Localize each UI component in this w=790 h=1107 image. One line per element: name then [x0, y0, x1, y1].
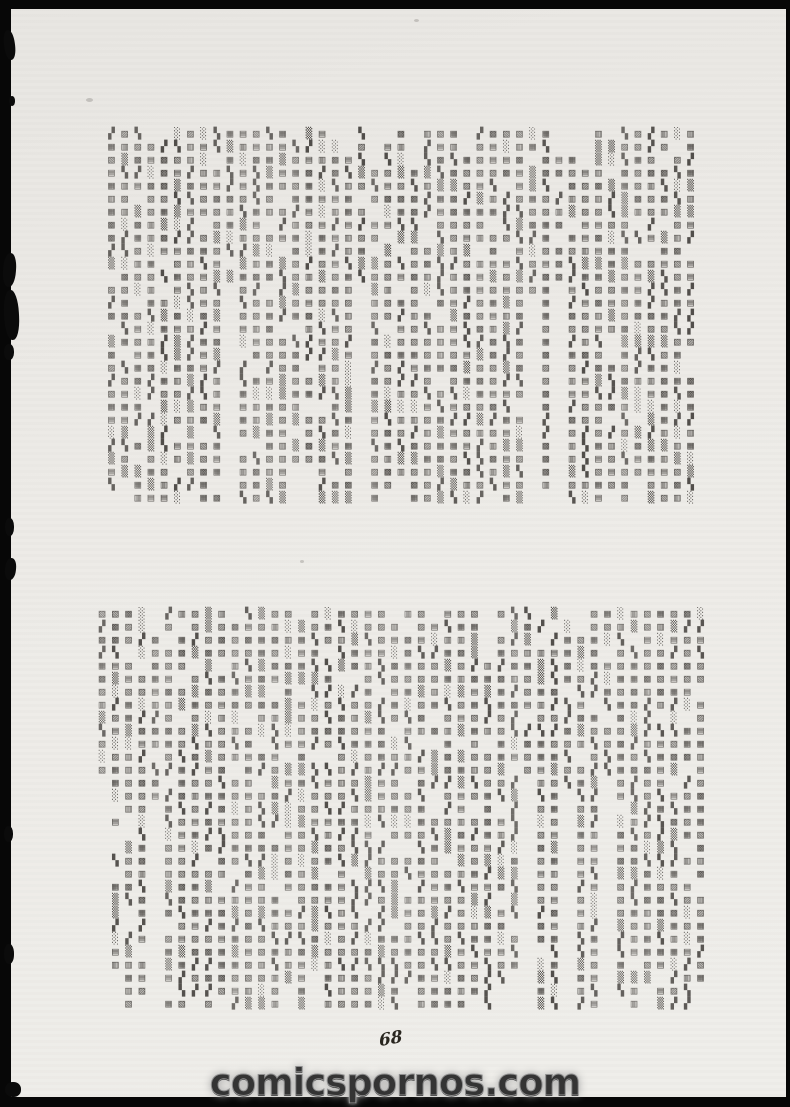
- text-column: ░ ▩ ▩ ▚ ▤ ▥ ▞ ▤ ▞ ▤ ▧ ▩ ▧ ▚ ▤ ▧ ▒ ▨ ▥ ▚ …: [329, 127, 342, 504]
- text-column: ░ ▦ ▦ ▩ ▦ ▚ ▞ ▩ ▨ ▚ ▧ ▚: [561, 607, 574, 789]
- text-column: ▤ ░ ▞ ▧ ▨ ▥ ▦ ▩ ▒ ▒ ▞ ▧ ▚ ▦ ▥ ▧ ▤ ▤ ▒ ▞ …: [428, 607, 441, 1010]
- text-column: ▚ ▨ ▩ ▞ ▤ ▒ ▩ ▦ ▧ ▥ ▨ ░ ▧ ▤ ▧ ▤ ▦ ▩ ░ ▦ …: [131, 127, 144, 504]
- text-column: ▥ ▦ ▒ ▚ ▞ ▥ ▨ ▨ ▨ ▦ ▩ ▩ ▦ ▤ ▒ ▞ ▤ ▞ ▒ ▩ …: [481, 607, 494, 1010]
- paper-speck: [86, 98, 93, 102]
- text-column: ▥ ▦ ▞ ▦ ▒ ▥ ▒ ▤ ▞ ▤ ▤ ▞ ▤ ▞ ▞ ▨ ▩ ▩ ▦ ▞ …: [684, 127, 697, 504]
- text-column: ▒ ▒ ▨ ▩ ▒ ▚ ▩ ▧ ░ ▚ ▥ ▒ ▤ ▧ ▦ ▞ ▩ ▞ ▩ ▨ …: [202, 607, 215, 1010]
- scan-ink-blob: [4, 944, 14, 964]
- text-column: ▒ ▞ ▤ ▩ ▦ ▦ ▤ ▨ ░ ░ ▞ ▥ ▧ ▤ ▩ ▥ ▞ ▞ ▧ ▦ …: [302, 127, 315, 465]
- text-column: ░ ▦ ▨ ▚ ▦ ▞ ▨ ▚ ▩ ▧ ▚ ▤ ▧ ▚ ▤ ▥ ▩ ▦ ▦ ▤ …: [322, 607, 335, 1010]
- text-column: ▥ ▧ ▩ ▚ ▩ ▥ ▒ ▦ ▤ ▚ ▚ ▥ ▦ ▧ ▒ ▧ ▦ ▩ ▩ ▦ …: [658, 127, 671, 504]
- text-column: ▧ ▤ ▩ ▚ ▚ ▚ ▦ ▤ ▨ ▒ ▥ ▩ ▞ ▨ ▧ ▥ ▤ ▩ ▦ ░ …: [250, 127, 263, 504]
- text-column: ▨ ▥ ▒ ▚ ▥ ▨ ▥ ░ ▞ ▚ ░ ▩ ▧ ▦ ▩ ▚ ▦ ▚ ▧ ▤ …: [118, 127, 131, 478]
- scan-ink-blob: [5, 518, 14, 536]
- text-column: ▨ ▧ ▦ ▞ ▩ ▦ ▦ ▨ ▨ ▦ ▦ ▒ ▧ ▚ ▤ ▥ ▞ ░ ▒ ▩ …: [495, 607, 508, 984]
- text-column: ▧ ▨ ▧ ▤ ▚ ▚ ▞ ▚ ▩ ▩ ▦ ▞ ▤ ▤ ▥ ▚ ▞ ▥ ▧ ▚ …: [375, 607, 388, 1010]
- text-column: ▤ ░ ▥ ▞ ░ ▤ ░ ▤ ▦ ▦ ▨ ▒ ▧ ▨ ░ ▚ ▤ ▞ ▤ ▒ …: [316, 127, 329, 504]
- text-column: ▧ ▨ ▤ ▚ ▨ ▨ ▒ ▨ ▩ ▥ ▞ ▤ ▩ ▚ ▦ ▦ ▧ ▚ ▩ ▤ …: [415, 607, 428, 1010]
- text-column: ▥ ▩ ▩ ▦ ▨ ▦ ░ ▚ ▤ ▚ ▥ ▨ ▧ ▧ ░ ▨ ▨ ▚ ▥ ▤ …: [401, 607, 414, 984]
- text-block-upper: ▥ ▦ ▞ ▦ ▒ ▥ ▒ ▤ ▞ ▤ ▤ ▞ ▤ ▞ ▞ ▨ ▩ ▩ ▦ ▞ …: [105, 127, 697, 505]
- watermark-text: comicspornos.com: [0, 1061, 790, 1104]
- text-column: ▤ ▥ ░ ▤ ▤ ▨ ▚ ▒ ▥ ▞ ▒ ▦ ▨ ▚ ▨ ▤ ░ ▞ ▚ ▦ …: [237, 127, 250, 504]
- text-column: ▤ ▚ ▥ ▦ ▒ ▦ ░ ▚ ▨ ▥ ▦ ▩ ▩ ▞ ▧ ▞ ▧ ▒ ▒ ▧ …: [441, 607, 454, 1010]
- text-column: ▚ ▩ ▒ ▥ ▦ ▧ ▧ ▤ ▞ ▩ ▨ ▧: [521, 607, 534, 776]
- text-column: ▤ ▨ ▚ ▤ ▥ ▧ ▦ ▨ ▒ ▤ ▦ ▧ ▥ ▒ ▒ ▧ ░ ▤ ▚ ▞ …: [362, 607, 375, 1010]
- text-column: ▦ ▥ ░ ▨ ▩ ▧ ▩ ▥ ▚ ▤ ▦ ▤ ▤ ▚ ▦ ▚ ▞ ▒ ▚ ░ …: [654, 607, 667, 1010]
- text-column: ▒ ▨ ▦ ▦ ▒ ▩ ▒ ▩ ▥ ░ ▩ ▞ ▥ ▚ ▚ ▩ ▩ ▞ ▒ ▥ …: [255, 607, 268, 1010]
- text-column: ▧ ▧ ▤ ▨ ▨ ▩ ▥ ▞ ▞ ▞ ▥ ▚ ▩ ▧ ▧ ▞ ▞ ▨ ░ ▚ …: [641, 607, 654, 984]
- text-column: ░ ▥ ▚ ▨ ▨ ▦ ▧ ▦ ▩ ▨ ▩ ▦ ▦ ▨ ▤ ░ ▩ ▤ ▩ ▒ …: [614, 607, 627, 997]
- text-column: ▥ ▤ ░ ▩ ▧ ▤ ▦ ▨ ░ ▥ ▞ ▧ ▧ ▦ ░ ▧ ▨ ▧ ▒ ▒ …: [388, 607, 401, 1010]
- text-column: ▚ ▨ ▚ ▩ ▦ ▒ ▒ ▨ ▚ ▦ ▒ ▧ ▦ ▧ ▨ ▩ ▒ ▦ ▨ ▩ …: [618, 127, 631, 504]
- text-column: ▚ ▤ ▩ ▧ ▚ ▤ ▒ ▨ ▧ ▩ ▤ ▦ ▥ ▤ ▥ ▥ ▨ ▦ ▚ ▩ …: [242, 607, 255, 1010]
- text-column: ▞ ▩ ▩ ▩ ▧ ▦ ▒ ▩ ▤ ▚ ▥ ▒ ▦ ▞ ▚ ░ ▦ ▨ ▒ ░ …: [158, 127, 171, 504]
- text-column: ▩ ▧ ▨ ▥ ▚ ▦ ▩ ░ ▥ ▚ ▥ ▨ ▧ ░ ▧ ▧ ▦ ▨ ▞ ▥ …: [229, 607, 242, 1010]
- text-column: ▨ ▥ ▥ ▞ ▩ ▚ ▤ ▞ ▞ ▩ ▥ ▧ ▚ ▚ ░ ▥ ▞ ▞ ▩ ▒ …: [184, 127, 197, 504]
- text-column: ▨ ░ ▥ ░ ▩ ▒ ▦ ▒ ▒ ░ ▤ ▒ ▤ ▞ ░ ░ ▤ ▤ ▨ ▩ …: [282, 607, 295, 984]
- text-column: ▒ ▞ ▤ ▚ ▚ ▩ ▞ ▨ ▞ ▨ ▦ ▒ ▨ ▦ ▦ ▨ ▤ ▒ ▦ ▥ …: [548, 607, 561, 1010]
- text-column: ▤ ▩ ▞ ▥ ▩ ▩ ▩ ▩: [552, 127, 565, 283]
- scanned-page: ▥ ▦ ▞ ▦ ▒ ▥ ▒ ▤ ▞ ▤ ▤ ▞ ▤ ▞ ▞ ▨ ▩ ▩ ▦ ▞ …: [0, 0, 790, 1107]
- text-column: ▦ ▚ ▩ ▩ ▚ ▧ ▨ ▦ ▦ ▨ ▤ ▩ ▦ ▦ ▦ ▧ ▦ ▩ ▨ ▨ …: [539, 127, 552, 504]
- text-column: ▚ ▥ ▦ ▒ ▦ ▧ ▥ ▧ ░ ▦ ▩ ▥ ▦ ▩ ▧ ▨ ▞ ▤ ░ ▦ …: [263, 127, 276, 504]
- text-column: ░ ▚ ▧ ▤ ▒ ▚ ▒ ░ ▞ ▤ ▧ ▦ ▤ ░ ▩ ▤ ▒ ▒ ▦ ▥ …: [171, 127, 184, 504]
- text-column: ▧ ▚ ▨ ▤ ▨ ▒ ▨ ▒ ▥ ▧ ▚ ▩ ▨ ▞ ▩ ▦ ▒ ▤ ▨ ▚ …: [368, 127, 381, 504]
- scan-ink-blob: [4, 344, 14, 360]
- text-column: ▦ ▚ ▩ ▩ ▚ ▒ ▨ ▧ ▩ ▨ ▧ ▥ ▧ ▧ ▦ ▤ ▞ ▨ ░ ▥ …: [408, 127, 421, 504]
- text-column: ▧ ▦ ▥ ▩ ▧ ▥ ▒ ▧ ▤ ▒ ▒ ▦ ▒ ▤ ▤ ▥ ▩ ▤ ▒ ▥ …: [455, 607, 468, 1010]
- text-column: ░ ▨ ▚ ░ ▚ ▒ ▨ ▥ ▩ ▧ ▧ ▦ ▦ ▞ ▚ ▧ ▦ ░ ▦ ▚ …: [671, 127, 684, 504]
- text-column: ▦ ▨ ▩ ▥ ▒ ▦ ▧ ▚ ▞ ▤ ▞ ▩ ▨ ▞ ▦ ▨ ▥ ▤ ▞ ▩ …: [566, 127, 579, 504]
- text-column: ▤ ▚ ▥ ▦ ▦ ▤ ▥ ▥ ▚ ▦ ▥ ▨ ▥ ▨ ▞ ▤ ░ ░ ▒ ▒ …: [342, 127, 355, 504]
- text-column: ▞ ▦ ▧ ▤ ▦ ▥ ▦ ▩ ▩ ▞ ▒ ▨ ▞ ▩ ▒ ▩ ▨ ▞ ▧ ▦ …: [105, 127, 118, 504]
- text-column: ▒ ▦ ▤ ▦ ▒ ▤ ▥ ▥ ▤ ▩ ▒ ▦ ░ ▧ ▒ ▧ ▧ ░ ▥ ▨ …: [295, 607, 308, 1010]
- text-column: ▚ ▚ ▥ ▤ ▩ ▧ ▨ ▒ ▨ ▤ ▒ ▚ ▨ ▒ ▤ ▩ ▒ ▞ ▥ ▥ …: [210, 127, 223, 504]
- text-column: ▧ ▥ ▩ ▤ ▤ ▨ ▚ ▒ ▚ ▤ ▚ ▒ ▧ ▧ ▩ ▞ ▩ ▨ ▩ ▚ …: [513, 127, 526, 504]
- text-column: ▧ ░ ▤ ▩ ▞ ▞ ▚ ▧ ▤ ▨ ▤ ▒ ▥ ▒ ▚ ▞ ▒ ▞ ▤ ▚ …: [500, 127, 513, 504]
- text-column: ▦ ▚ ▥ ▚ ▒ ░ ▚ ▩ ▩ ▚ ▨ ▥ ▥ ▨ ▞ ▦ ▞ ▧ ▚ ▤ …: [335, 607, 348, 1010]
- text-column: ▩ ▞ ▨ ▧ ▩ ▧ ▤ ░ ▦ ▦ ▩ ▞ ▨ ▦ ▨ ▦ ▥ ▤ ▨ ░ …: [681, 607, 694, 1010]
- text-column: ▩ ▥ ░ ▒ ▨ ▩ ▦ ▚ ▒ ▚ ▤ ▦ ▞ ▤ ▧ ▦ ▞ ▞ ▥ ░ …: [394, 127, 407, 504]
- scan-ink-blob: [4, 826, 13, 842]
- text-column: ▧ ▞ ▩ ▞ ▦ ▩ ▨ ▥ ▒ ▚ ▧ ░ ▧: [96, 607, 109, 776]
- text-column: ░ ░ ▞ ░ ▧ ▨ ░ ▞ ▩ ▤ ▞ ▨ ▩ ▨ ▨ ░ ▚ ▦ ▩ ▥ …: [135, 607, 148, 1010]
- text-column: ▚ ▒ ▞ ▧ ▩ ▥ ▞ ▩ ▞ ▚ ░ ▤ ▞ ▒ ▞ ▚ ▞ ░ ▩ ▒ …: [508, 607, 521, 984]
- text-column: ▦ ▥ ▚ ▩ ▒ ▩ ▩ ▨ ▨ ▥ ▞ ▥ ▥ ▤ ▒ ▤ ▤ ▨ ▩ ▨ …: [447, 127, 460, 504]
- text-column: ▚ ▨ ▦ ▧ ▦ ▞ ▥ ▦ ▩ ▧ ▧ ▒ ▨ ▦ ▚ ▩ ▩ ▨ ▦ ▥ …: [289, 127, 302, 465]
- text-column: ▥ ▦ ▩ ▧ ▨ ▒ ▨ ▧ ▚ ▦ ▦ ▩ ▚ ▧ ▤ ▤ ▨ ▧ ▩ ▩ …: [175, 607, 188, 1010]
- text-column: ▞ ▨ ▧ ▧ ▤ ▩ ▥ ▧ ▩ ▦ ▧ ▞ ▞ ▦ ▚ ░ ▧ ▧ ▥ ▒ …: [162, 607, 175, 1010]
- text-column: ▦ ▧ ▨ ▞ ▦ ▧ ▤ ▒ ▨ ▩ ▦ ▞ ▩ ▚ ▚ ▤ ▒ ▦ ░ ▧ …: [460, 127, 473, 504]
- text-column: ▦ ▤ ▒ ▤ ▥ ▥ ▞ ▤ ▒ ▚ ▞ ▒ ▞ ▨ ▨ ▧ ▒ ▒ ▨ ▨ …: [276, 127, 289, 504]
- text-column: ░ ▤ ░ ▥ ▤ ▧ ▤ ▧ ▦ ▚ ▤ ▥ ▤ ▩ ▞ ▦ ▤ ▤ ▞ ▚ …: [197, 127, 210, 504]
- text-column: ▨ ▤ ░ ▩ ▧ ▧ ▥ ▥ ░ ▦ ▧ ▥ ▦ ▚ ░ ▥ ▦ ▩ ▞ ▞ …: [144, 127, 157, 504]
- text-column: ▨ ▨ ▚ ▦ ▚ ▒ ▚ ░ ▨ ▩ ▞ ▚ ▚ ▨ ▧ ▤ ▚ ▒ ▨ ▒ …: [308, 607, 321, 971]
- paper-speck: [414, 19, 419, 22]
- paper-speck: [300, 560, 304, 563]
- text-column: ▥ ▒ ▒ ▥ ▩ ▥ ▨ ▤ ▩ ▤ ▒ ▦ ▨ ▩ ▥ ▤ ▚ ▨ ▩ ▒ …: [592, 127, 605, 504]
- text-column: ▧ ▒ ░ ▧ ▚ ▤ ▩ ▒ ▥ ▨ ▦ ▚ ▧ ▒ ▦ ▨ ▤ ▤ ▞ ▨ …: [574, 607, 587, 1010]
- text-column: ▥ ▞ ▚ ▒ ▥ ▞ ▞ ▧ ▩ ▥ ░ ▦ ▚ ▨ ▨ ▦ ▨ ▚ ▤ ▨ …: [421, 127, 434, 504]
- text-column: ▧ ░ ▒ ▦ ▩ ▞ ▧ ▥ ▧ ▦ ░ ▞ ▧ ▚ ▥ ▦ ▞ ▚ ▒ ▚ …: [348, 607, 361, 1010]
- text-column: ▧ ▤ ▩ ▚ ▒ ▦ ▤ ▨ ▚ ▒ ▚ ▞ ▚ ▩ ▥ ▥ ▥ ▦ ▥ ▚ …: [434, 127, 447, 504]
- text-column: ░ ▦ ▒ ▒ ▦ ▧ ▩ ▞ ░ ▧ ▞ ▨: [526, 127, 539, 296]
- scan-ink-blob: [9, 96, 15, 106]
- text-column: ▞ ▥ ▒ ▒ ▦ ▥ ▧ ▚ ▦ ▦ ▤ ▥ ▚ ▨ ░ ▧ ▩ ▧ ▤ ▧ …: [534, 607, 547, 1010]
- text-column: ▩ ▨ ▩ ▦ ▤ ▥ ▞ ▩ ▥ ▚ ▩ ▤: [149, 607, 162, 802]
- text-column: ▤ ▚ ▨ ▤ ▩ ░ ▤ ▒ ▧ ▧ ▥ ▧ ▧ ░ ▩ ▨ ▧ ░ ▒ ▚ …: [381, 127, 394, 491]
- text-column: ▞ ▨ ▧ ▧ ▤ ▒ ▦ ▧ ▥ ▥ ▤ ▤ ▨ ▧ ▩ ▞ ▒ ▨ ▩ ▦ …: [473, 127, 486, 504]
- text-column: ░ ▞ ▤ ▚ ▨ ▧ ▤ ▨ ▤ ▦ ▥ ▤ ▨ ▩ ▦ ▦ ▧ ▩ ▥ ▩ …: [694, 607, 707, 984]
- text-column: ▒ ░ ▒ ▞ ▚ ▧ ░ ▦ ▦ ▒ ▨ ▤ ▒ ▥ ▦ ▚ ▞ ▩ ▞ ▥ …: [605, 127, 618, 491]
- text-column: ▤ ▨ ▨ ▨ ▤ ▤ ▥ ▒ ▦ ▚ ▤ ▨ ▨ ▥ ▩ ▞ ▤ ▤ ▨ ▨ …: [579, 127, 592, 504]
- text-column: ▩ ▨ ▨ ▧ ▤ ▧ ▦ ▦ ▒ ░ ▥ ▥ ▧ ▧ ▥ ▒ ▧ ▨ ▩ ▚ …: [122, 607, 135, 1010]
- text-column: ▞ ▞ ▨ ▩ ▥ ▨ ▨ ▞ ▤ ▨ ▒ ▞ ▞ ▩ ▨ ▒ ▚ ▦ ▥ ▤ …: [645, 127, 658, 504]
- text-column: ▚ ▨ ▚ ▒ ▧ ▥ ▞ ▨ ▦ ▒ ▚: [355, 127, 368, 283]
- text-column: ▦ ▒ ▦ ▚ ▞ ▩ ▥ ▦ ░ ▚ ▒: [223, 127, 236, 283]
- page-number: 68: [378, 1027, 403, 1051]
- text-column: ▨ ▧ ▦ ▨ ▨ ▩ ▥ ▚ ▧ ▤ ▤ ▦ ▩ ░ ▒ ▞ ▞ ▥ ░ ░ …: [631, 127, 644, 478]
- text-column: ▦ ▧ ░ ▤ ░ ▦ ▚ ▧ ▧ ▚ ▚: [601, 607, 614, 776]
- text-column: ▧ ▥ ▩ ▧ ▩ ▤ ▩ ▥ ▚ ▚ ▤ ▧ ▒ ▩ ▒ ▞ ▩ ░ ░ ▦ …: [268, 607, 281, 1010]
- text-column: ▥ ▨ ▩ ▨ ▦ ▧ ▤ ▥ ▨ ▨ ▧ ▩ ▚ ▦ ▩ ▤ ▚ ▞ ▩ ▥ …: [215, 607, 228, 997]
- text-block-lower: ░ ▞ ▤ ▚ ▨ ▧ ▤ ▨ ▤ ▦ ▥ ▤ ▨ ▩ ▦ ▦ ▧ ▩ ▥ ▩ …: [95, 607, 707, 1015]
- text-column: ▨ ▒ ▤ ▞ ▨ ▤ ▦ ▞ ░ ▚ ▧ ▩ ▒ ▤ ▚ ▩ ▒ ▚ ▞ ▦ …: [667, 607, 680, 1010]
- text-column: ▩ ▤ ▤ ▧ ▚ ▥ ▦ ▨ ▩ ▤ ▒ ▧ ▦ ▤ ▥ ▩ ▩ ▧ ▧ ▤ …: [487, 127, 500, 491]
- text-column: ▨ ▨ ▞ ▒ ▨ ▒ ▦ ▧ ▒ ▚ ▩ ▞ ▧ ▥ ▧ ▤ ▦ ░ ▞ ▨ …: [189, 607, 202, 1010]
- text-column: ▧ ▩ ▩ ▚ ▤ ▒ ░ ▞ ▨ ▤ ░ ▨ ▦ ▦ ░ ▤ ▚ ▦ ▒ ▒ …: [109, 607, 122, 971]
- text-column: ▥ ▒ ▚ ▦ ▦ ▩ ▩ ░ ▒ ▞ ▧ ▩ ▞ ▚ ▒ ▥ ▚ ▩ ▩ ▒ …: [628, 607, 641, 1010]
- text-column: ▨ ▧ ▦ ▩ ▩ ▞ ▞ ▦ ▨ ▚ ▨ ▞ ▒ ▞ ▩ ▞ ▥ ▤ ▤ ▚ …: [588, 607, 601, 1010]
- text-column: ▧ ▦ ▒ ▒ ▞ ▩ ▤ ▦ ▧ ▦ ▥ ▧ ▥ ▚ ▧ ▧ ▞ ▨ ▧ ▦ …: [468, 607, 481, 1010]
